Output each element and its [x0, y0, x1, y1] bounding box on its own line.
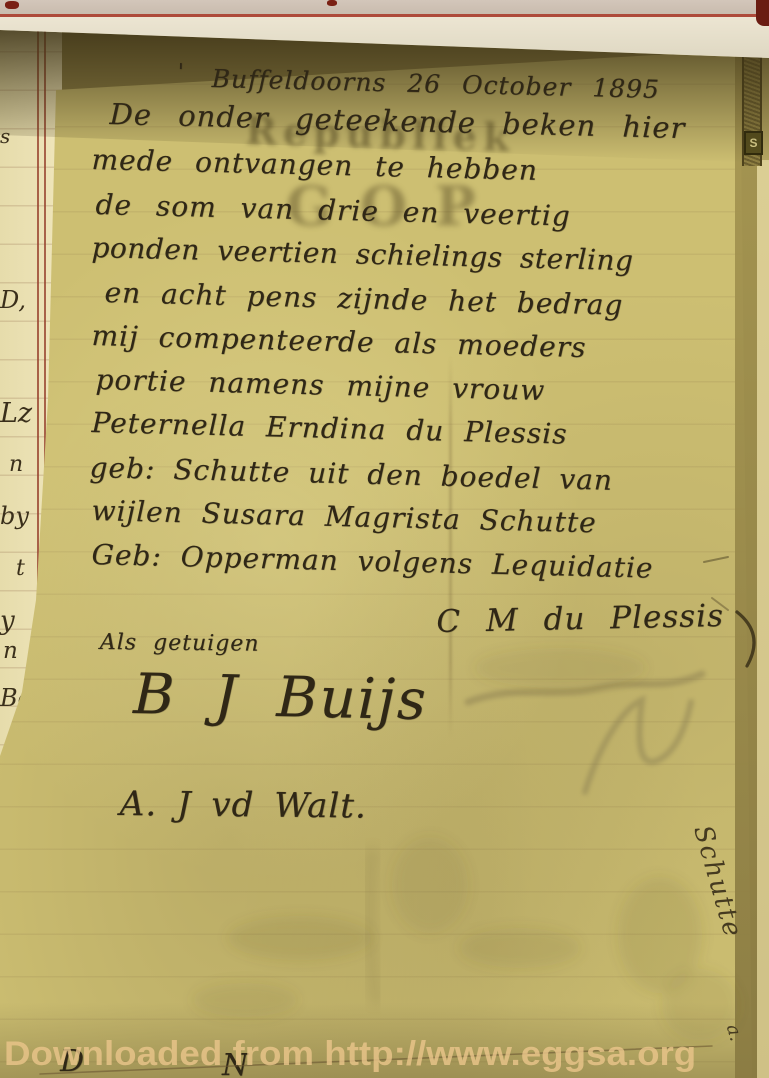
eggsa-watermark: Downloaded from http://www.eggsa.org [4, 1035, 696, 1074]
pencil-and-smudge-overlay [0, 0, 769, 1078]
scanned-letter-page: s D, Lz n by t y n Bc Republiek GOP S ' … [0, 0, 769, 1078]
